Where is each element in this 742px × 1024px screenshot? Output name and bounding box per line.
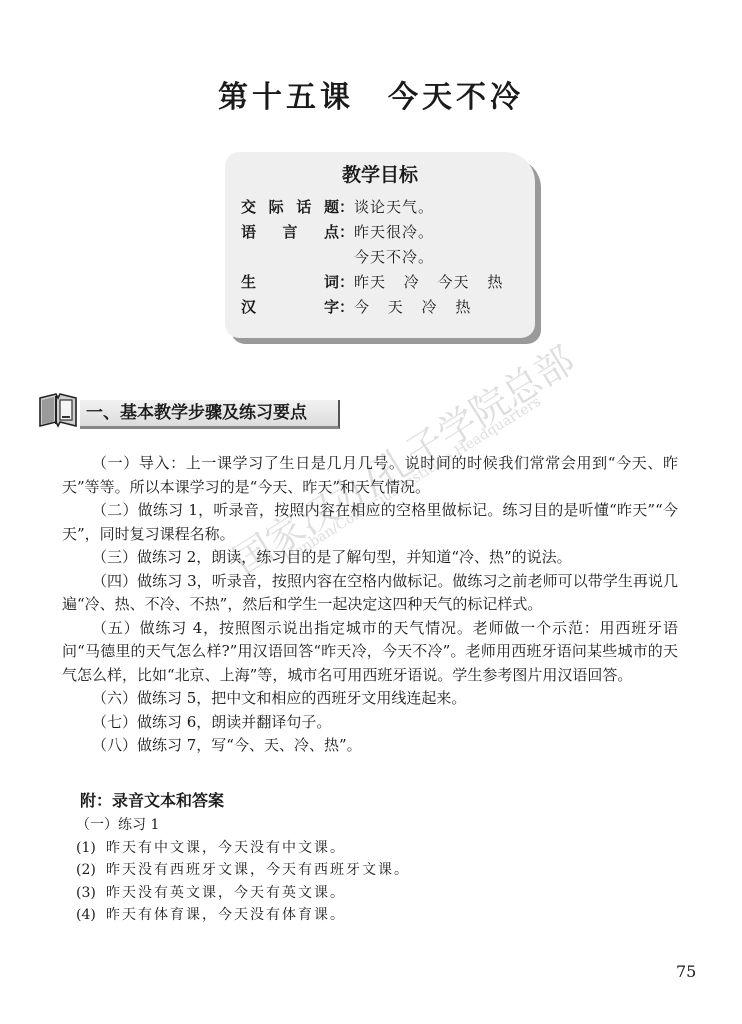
goal-value: 谈论天气。 [354, 198, 434, 216]
answer-text: 昨天有体育课，今天没有体育课。 [106, 907, 346, 923]
goal-value: 昨天很冷。 [354, 223, 434, 241]
open-book-icon [36, 390, 80, 430]
section-title: 一、基本教学步骤及练习要点 [86, 400, 307, 426]
goals-title: 教学目标 [225, 160, 535, 187]
goal-row-chars: 汉字：今 天 冷 热 [241, 296, 471, 318]
section-header: 一、基本教学步骤及练习要点 [36, 390, 336, 430]
goal-label: 生词 [241, 271, 339, 293]
appendix-title: 附：录音文本和答案 [80, 788, 224, 811]
step-paragraph: （一）导入：上一课学习了生日是几月几号。说时间的时候我们常常会用到“今天、昨天”… [62, 452, 678, 499]
goal-row-topic: 交际话题：谈论天气。 [241, 196, 434, 218]
step-paragraph: （七）做练习 6，朗读并翻译句子。 [62, 711, 678, 735]
goal-value: 今天不冷。 [354, 248, 434, 266]
step-paragraph: （八）做练习 7，写“今、天、冷、热”。 [62, 734, 678, 758]
step-paragraph: （四）做练习 3，听录音，按照内容在空格内做标记。做练习之前老师可以带学生再说几… [62, 570, 678, 617]
step-paragraph: （五）做练习 4，按照图示说出指定城市的天气情况。老师做一个示范：用西班牙语问“… [62, 617, 678, 688]
lesson-topic: 今天不冷 [388, 80, 524, 115]
goal-row-vocab: 生词：昨天 冷 今天 热 [241, 271, 503, 293]
step-paragraph: （二）做练习 1，听录音，按照内容在相应的空格里做标记。练习目的是听懂“昨天”“… [62, 499, 678, 546]
answer-number: (1) [76, 837, 106, 860]
answer-number: (2) [76, 859, 106, 882]
goal-label: 语言点 [241, 221, 339, 243]
goal-value: 今 天 冷 热 [354, 298, 471, 316]
step-paragraph: （六）做练习 5，把中文和相应的西班牙文用线连起来。 [62, 687, 678, 711]
goal-row-grammar-2: ：今天不冷。 [241, 246, 434, 268]
answer-number: (3) [76, 882, 106, 905]
answer-item: (2)昨天没有西班牙文课，今天有西班牙文课。 [76, 859, 410, 882]
answer-item: (1)昨天有中文课，今天没有中文课。 [76, 837, 410, 860]
lesson-number: 第十五课 [218, 80, 354, 115]
page-number: 75 [676, 962, 696, 981]
goal-label: 交际话题 [241, 196, 339, 218]
goal-label: 汉字 [241, 296, 339, 318]
answer-text: 昨天没有英文课，今天有英文课。 [106, 885, 346, 901]
teaching-goals-box: 教学目标 交际话题：谈论天气。 语言点：昨天很冷。 ：今天不冷。 生词：昨天 冷… [225, 152, 535, 338]
lesson-title: 第十五课今天不冷 [0, 72, 742, 116]
answer-text: 昨天没有西班牙文课，今天有西班牙文课。 [106, 862, 410, 878]
goal-row-grammar: 语言点：昨天很冷。 [241, 221, 434, 243]
answer-text: 昨天有中文课，今天没有中文课。 [106, 840, 346, 856]
steps-body: （一）导入：上一课学习了生日是几月几号。说时间的时候我们常常会用到“今天、昨天”… [62, 452, 678, 758]
answer-item: (3)昨天没有英文课，今天有英文课。 [76, 882, 410, 905]
goal-value: 昨天 冷 今天 热 [354, 273, 503, 291]
exercise-label: （一）练习 1 [76, 814, 410, 837]
answer-number: (4) [76, 904, 106, 927]
answer-item: (4)昨天有体育课，今天没有体育课。 [76, 904, 410, 927]
answer-list: （一）练习 1 (1)昨天有中文课，今天没有中文课。 (2)昨天没有西班牙文课，… [76, 814, 410, 927]
step-paragraph: （三）做练习 2，朗读，练习目的是了解句型，并知道“冷、热”的说法。 [62, 546, 678, 570]
